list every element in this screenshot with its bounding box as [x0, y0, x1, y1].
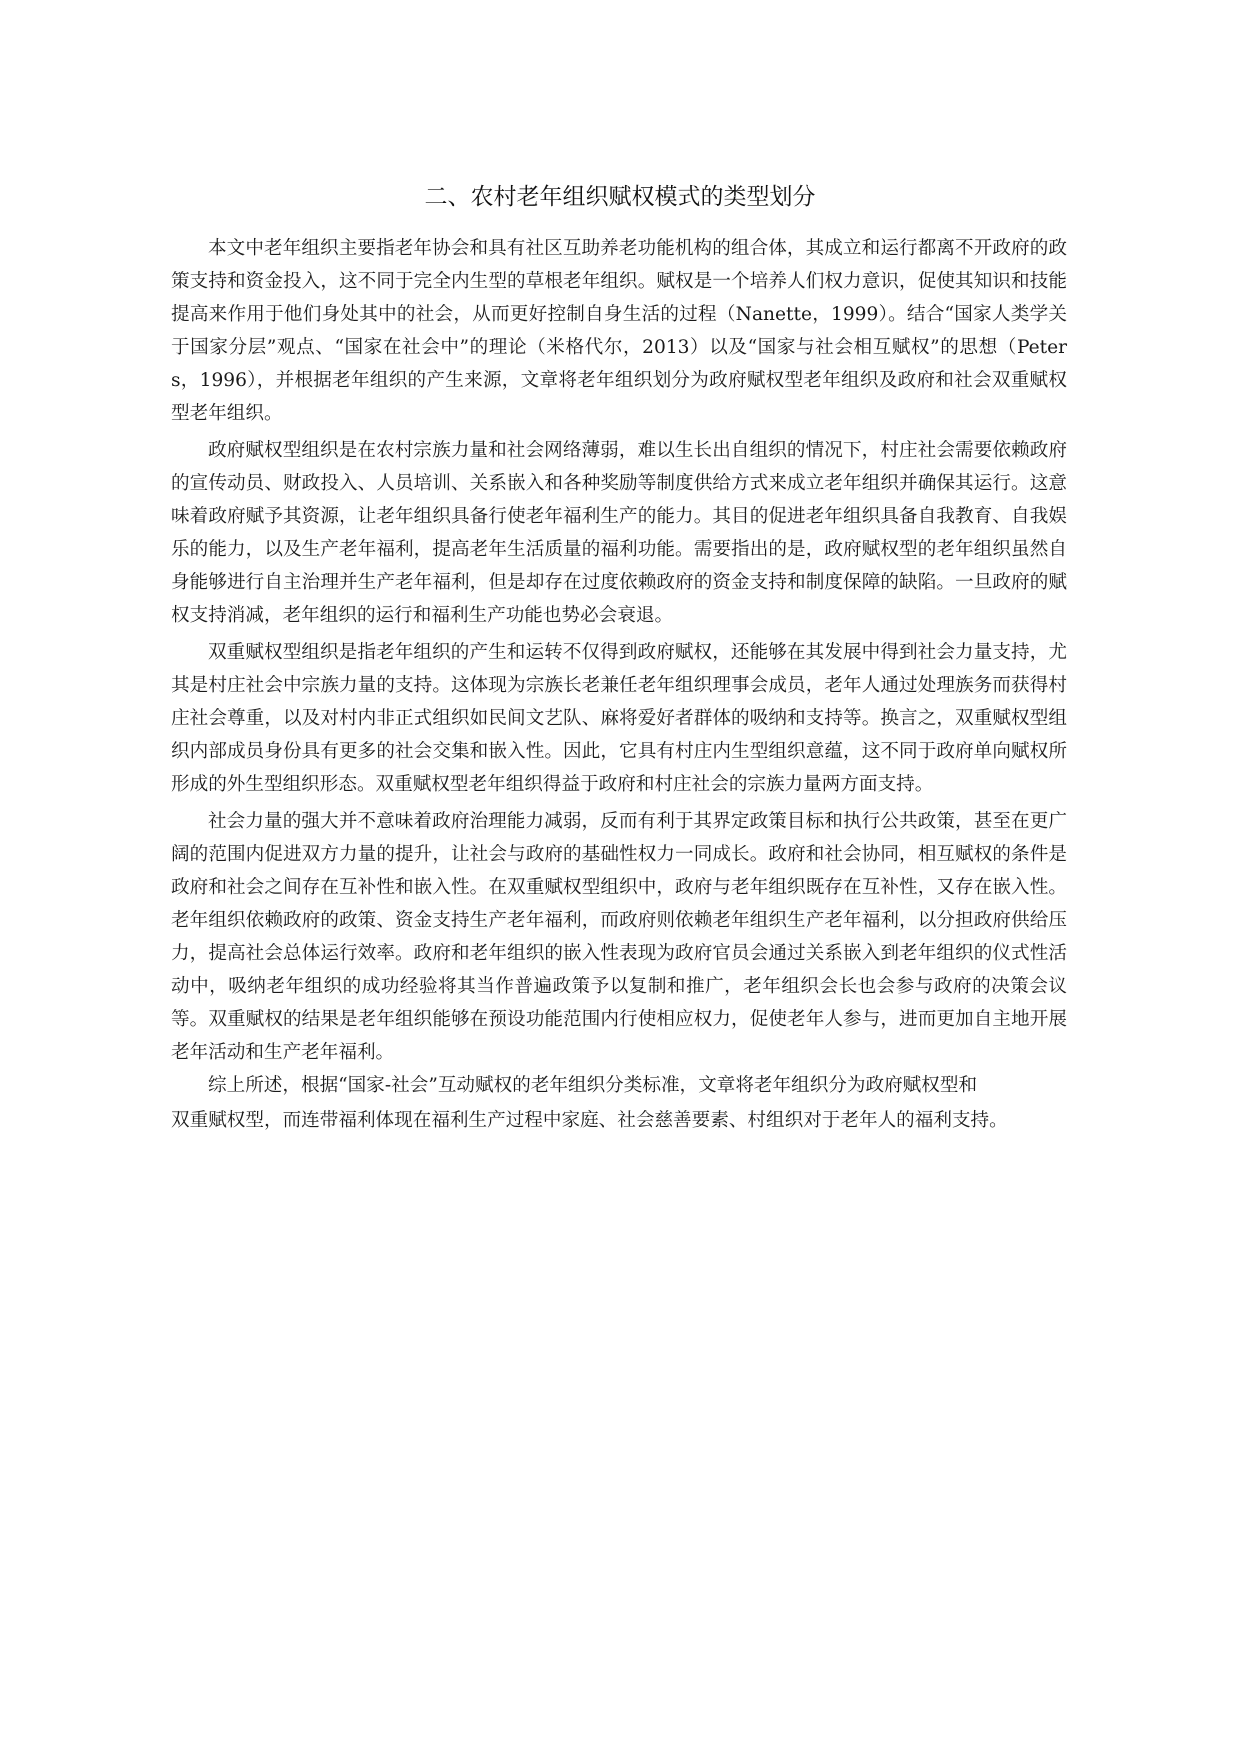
paragraph-summary-part2: 双重赋权型，而连带福利体现在福利生产过程中家庭、社会慈善要素、村组织对于老年人的… [171, 1108, 1067, 1133]
paragraph-social-forces: 社会力量的强大并不意味着政府治理能力减弱，反而有利于其界定政策目标和执行公共政策… [171, 805, 1067, 1069]
paragraph-dual-empowerment: 双重赋权型组织是指老年组织的产生和运转不仅得到政府赋权，还能够在其发展中得到社会… [171, 636, 1067, 801]
paragraph-government-empowerment: 政府赋权型组织是在农村宗族力量和社会网络薄弱，难以生长出自组织的情况下，村庄社会… [171, 434, 1067, 632]
section-title: 二、农村老年组织赋权模式的类型划分 [0, 178, 1240, 211]
body-text: 本文中老年组织主要指老年协会和具有社区互助养老功能机构的组合体，其成立和运行都离… [171, 232, 1067, 1137]
paragraph-summary-part1: 综上所述，根据“国家-社会”互动赋权的老年组织分类标准，文章将老年组织分为政府赋… [171, 1073, 1067, 1098]
paragraph-definition: 本文中老年组织主要指老年协会和具有社区互助养老功能机构的组合体，其成立和运行都离… [171, 232, 1067, 430]
document-page: 二、农村老年组织赋权模式的类型划分 本文中老年组织主要指老年协会和具有社区互助养… [0, 0, 1240, 1754]
